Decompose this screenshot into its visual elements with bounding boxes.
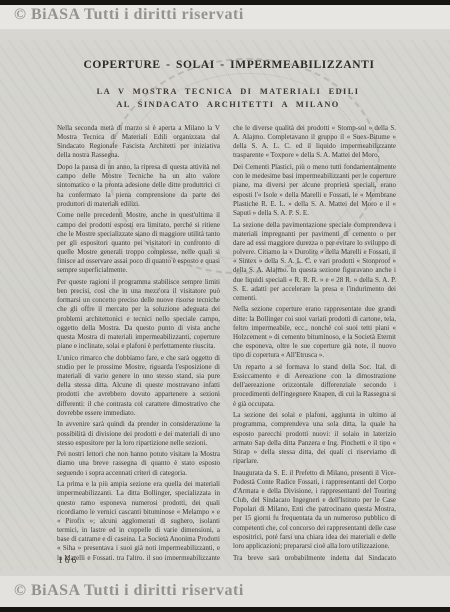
right-column: che le diverse qualità dei prodotti « St…	[233, 124, 396, 560]
scanned-page: © BiASA Tutti i diritti riservati COPERT…	[0, 0, 450, 612]
article-subtitle: LA V MOSTRA TECNICA DI MATERIALI EDILI A…	[0, 85, 450, 111]
paragraph: Nella seconda metà di marzo si è aperta …	[57, 124, 220, 161]
paragraph: La prima e la più ampia sezione era quel…	[57, 480, 220, 560]
paragraph: Dei Cementi Plastici, più o meno tutti f…	[233, 163, 396, 218]
paragraph: Tra breve sarà probabilmente indetta dal…	[233, 554, 396, 560]
article-subtitle-line2: AL SINDACATO ARCHITETTI A MILANO	[6, 98, 450, 111]
page-number: 166	[58, 556, 78, 566]
paragraph: L'unico rimarco che dobbiamo fare, e che…	[57, 354, 220, 418]
left-column: Nella seconda metà di marzo si è aperta …	[57, 124, 220, 560]
article-subtitle-line1: LA V MOSTRA TECNICA DI MATERIALI EDILI	[6, 85, 450, 98]
paragraph: La sezione dei solai e plafoni, aggiunta…	[233, 411, 396, 466]
article-title: COPERTURE - SOLAI - IMPERMEABILIZZANTI	[0, 59, 450, 71]
paragraph: Come nelle precedenti Mostre, anche in q…	[57, 211, 220, 275]
copyright-watermark-bottom: © BiASA Tutti i diritti riservati	[14, 582, 244, 600]
paragraph: Pei nostri lettori che non hanno potuto …	[57, 450, 220, 477]
article-body: Nella seconda metà di marzo si è aperta …	[57, 124, 396, 560]
paragraph: Inaugurata da S. E. il Prefetto di Milan…	[233, 469, 396, 551]
paragraph: Per queste ragioni il programma stabilis…	[57, 278, 220, 351]
copyright-watermark-top: © BiASA Tutti i diritti riservati	[14, 6, 244, 24]
paragraph: La sezione della pavimentazione speciale…	[233, 221, 396, 303]
paragraph: Un reparto a sé formava lo stand della S…	[233, 363, 396, 409]
paragraph: Dopo la pausa di un anno, la ripresa di …	[57, 163, 220, 209]
paragraph: Nella sezione coperture erano rappresent…	[233, 305, 396, 360]
paragraph: che le diverse qualità dei prodotti « St…	[233, 124, 396, 161]
paragraph: In avvenire sarà quindi da prender in co…	[57, 420, 220, 447]
